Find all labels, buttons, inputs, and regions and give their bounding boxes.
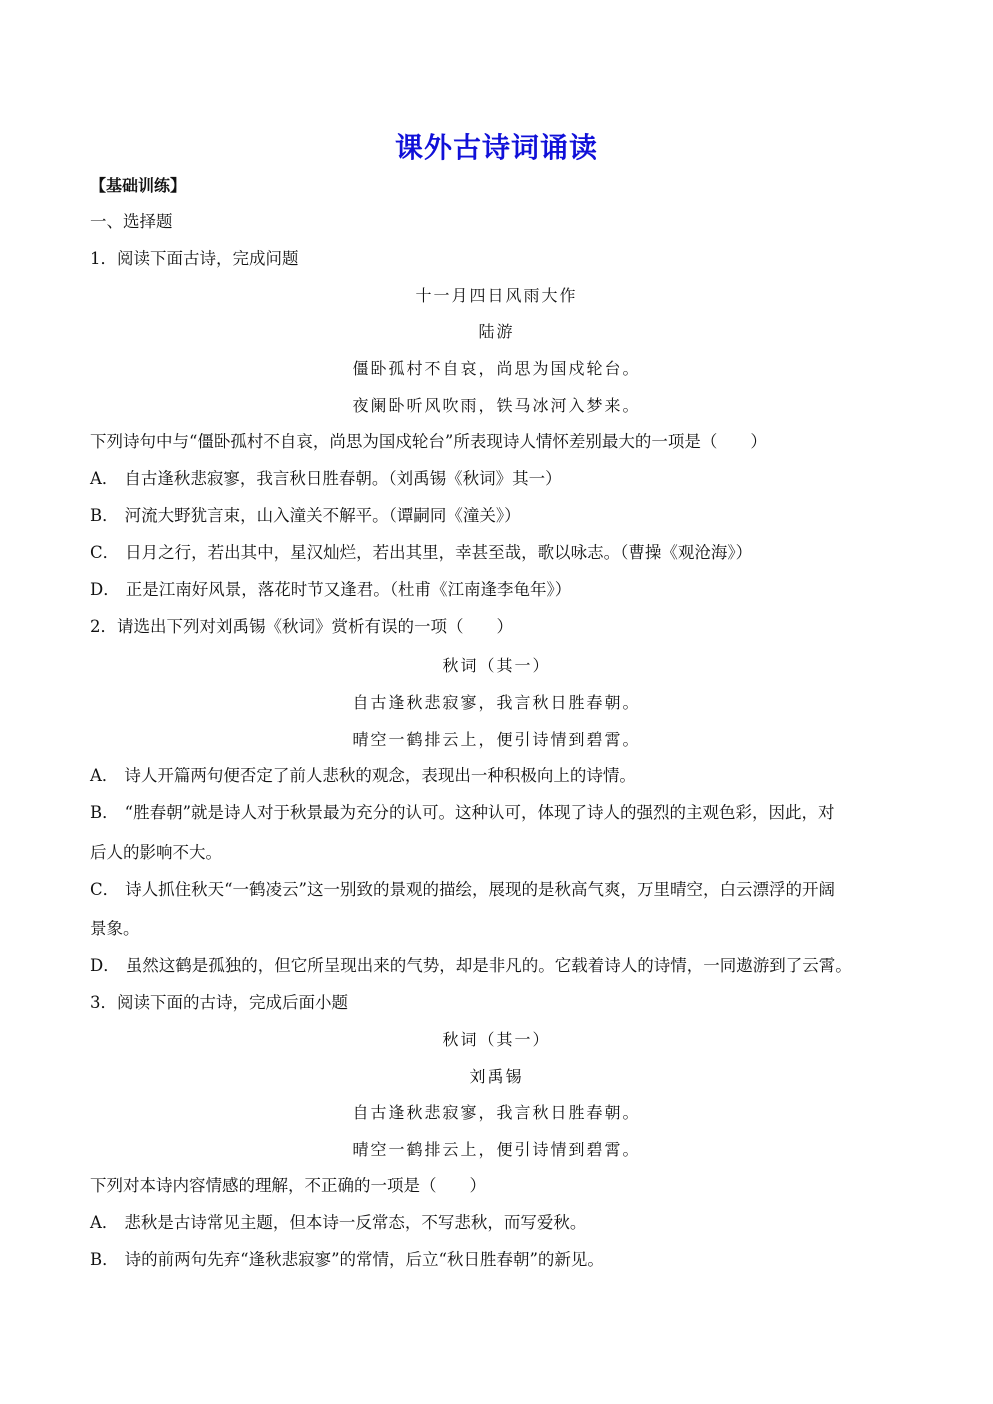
option-label: B． <box>90 506 119 525</box>
option-text: 诗人开篇两句便否定了前人悲秋的观念，表现出一种积极向上的诗情。 <box>124 766 636 785</box>
q2-poem-line: 自古逢秋悲寂寥，我言秋日胜春朝。 <box>0 693 993 713</box>
q3-option-b: B．诗的前两句先弃“逢秋悲寂寥”的常情，后立“秋日胜春朝”的新见。 <box>90 1250 604 1270</box>
option-label: A． <box>90 1213 118 1232</box>
option-text: 诗人抓住秋天“一鹤凌云”这一别致的景观的描绘，展现的是秋高气爽，万里晴空，白云漂… <box>125 880 835 899</box>
document-page: 课外古诗词诵读 【基础训练】 一、选择题 1．阅读下面古诗，完成问题 十一月四日… <box>0 0 993 1404</box>
option-text: 虽然这鹤是孤独的，但它所呈现出来的气势，却是非凡的。它载着诗人的诗情，一同遨游到… <box>126 956 852 975</box>
q1-option-c: C．日月之行，若出其中，星汉灿烂，若出其里，幸甚至哉，歌以咏志。（曹操《观沧海》… <box>90 543 752 563</box>
q3-poem-title: 秋词（其一） <box>0 1030 993 1050</box>
q3-option-a: A．悲秋是古诗常见主题，但本诗一反常态，不写悲秋，而写爱秋。 <box>90 1213 586 1233</box>
part-heading: 一、选择题 <box>90 212 173 232</box>
q1-question: 下列诗句中与“僵卧孤村不自哀，尚思为国戍轮台”所表现诗人情怀差别最大的一项是（ … <box>90 432 767 452</box>
option-text: 自古逢秋悲寂寥，我言秋日胜春朝。（刘禹锡《秋词》其一） <box>124 469 561 488</box>
q3-poem-line: 晴空一鹤排云上，便引诗情到碧霄。 <box>0 1140 993 1160</box>
q1-poem-title: 十一月四日风雨大作 <box>0 286 993 306</box>
q2-option-d: D．虽然这鹤是孤独的，但它所呈现出来的气势，却是非凡的。它载着诗人的诗情，一同遨… <box>90 956 852 976</box>
q1-poem-line: 僵卧孤村不自哀，尚思为国戍轮台。 <box>0 359 993 379</box>
q1-option-a: A．自古逢秋悲寂寥，我言秋日胜春朝。（刘禹锡《秋词》其一） <box>90 469 562 489</box>
q3-poem-line: 自古逢秋悲寂寥，我言秋日胜春朝。 <box>0 1103 993 1123</box>
q2-poem-line: 晴空一鹤排云上，便引诗情到碧霄。 <box>0 730 993 750</box>
q2-poem-title: 秋词（其一） <box>0 656 993 676</box>
option-text: 正是江南好风景，落花时节又逢君。（杜甫《江南逢李龟年》） <box>126 580 572 599</box>
option-text: “胜春朝”就是诗人对于秋景最为充分的认可。这种认可，体现了诗人的强烈的主观色彩，… <box>125 803 835 822</box>
q3-poem-author: 刘禹锡 <box>0 1067 993 1087</box>
q2-option-a: A．诗人开篇两句便否定了前人悲秋的观念，表现出一种积极向上的诗情。 <box>90 766 636 786</box>
q2-option-c-cont: 景象。 <box>90 919 140 939</box>
q3-prompt: 3．阅读下面的古诗，完成后面小题 <box>90 993 348 1013</box>
q2-option-b-cont: 后人的影响不大。 <box>90 843 222 863</box>
option-label: B． <box>90 1250 119 1269</box>
q1-prompt: 1．阅读下面古诗，完成问题 <box>90 249 299 269</box>
option-label: D． <box>90 580 120 599</box>
option-text: 诗的前两句先弃“逢秋悲寂寥”的常情，后立“秋日胜春朝”的新见。 <box>125 1250 604 1269</box>
q1-option-d: D．正是江南好风景，落花时节又逢君。（杜甫《江南逢李龟年》） <box>90 580 571 600</box>
option-label: C． <box>90 880 119 899</box>
page-title: 课外古诗词诵读 <box>0 126 993 166</box>
q2-prompt: 2．请选出下列对刘禹锡《秋词》赏析有误的一项（ ） <box>90 617 513 637</box>
q2-option-c: C．诗人抓住秋天“一鹤凌云”这一别致的景观的描绘，展现的是秋高气爽，万里晴空，白… <box>90 880 835 900</box>
option-label: A． <box>90 469 118 488</box>
option-label: D． <box>90 956 120 975</box>
section-label: 【基础训练】 <box>90 176 186 196</box>
option-text: 日月之行，若出其中，星汉灿烂，若出其里，幸甚至哉，歌以咏志。（曹操《观沧海》） <box>125 543 752 562</box>
q1-poem-author: 陆游 <box>0 322 993 342</box>
option-label: C． <box>90 543 119 562</box>
option-text: 河流大野犹言束，山入潼关不解平。（谭嗣同《潼关》） <box>125 506 521 525</box>
option-text: 悲秋是古诗常见主题，但本诗一反常态，不写悲秋，而写爱秋。 <box>124 1213 586 1232</box>
option-label: B． <box>90 803 119 822</box>
q2-option-b: B．“胜春朝”就是诗人对于秋景最为充分的认可。这种认可，体现了诗人的强烈的主观色… <box>90 803 835 823</box>
q3-question: 下列对本诗内容情感的理解，不正确的一项是（ ） <box>90 1176 486 1196</box>
q1-option-b: B．河流大野犹言束，山入潼关不解平。（谭嗣同《潼关》） <box>90 506 521 526</box>
q1-poem-line: 夜阑卧听风吹雨，铁马冰河入梦来。 <box>0 396 993 416</box>
option-label: A． <box>90 766 118 785</box>
